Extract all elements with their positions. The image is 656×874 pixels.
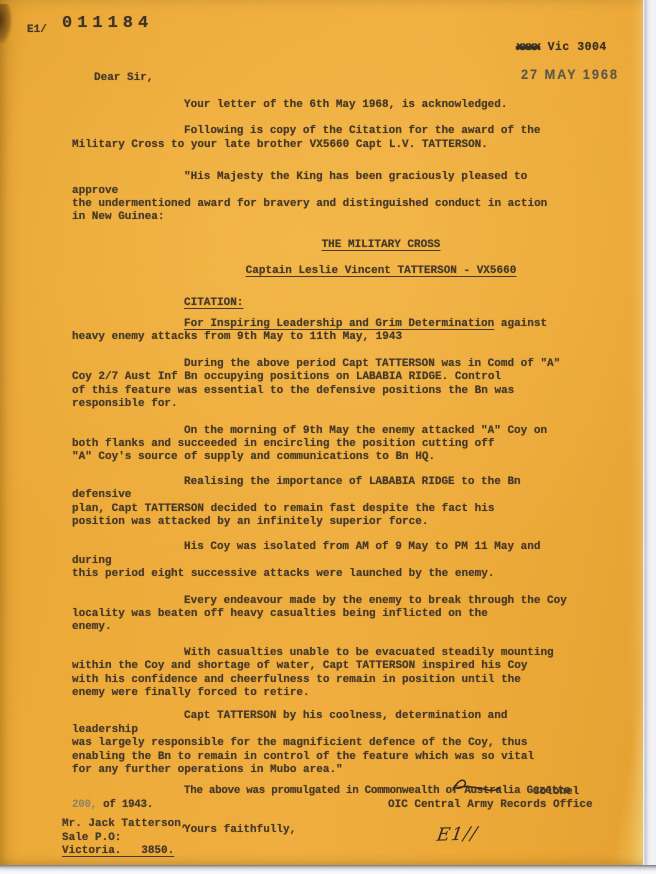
letter-paragraph: Following is copy of the Citation for th… <box>72 125 578 152</box>
citation-lead-underlined: For Inspiring Leadership and Grim Determ… <box>184 318 494 330</box>
recipient-name: Mr. Jack Tatterson, <box>62 818 187 832</box>
mail-stamp: xxxxVic 3004 <box>516 41 607 54</box>
citation-heading: THE MILITARY CROSS <box>72 239 578 252</box>
gazette-prefix: The above was promulgated in Commonwealt… <box>184 785 570 797</box>
citation-label-text: CITATION: <box>184 297 243 309</box>
gazette-suffix: of 1943. <box>97 799 153 811</box>
signature-squiggle-icon <box>450 776 502 796</box>
recipient-address-line: Victoria. 3850. <box>62 845 187 859</box>
recipient-address-block: Mr. Jack Tatterson, Sale P.O: Victoria. … <box>62 818 187 859</box>
date-stamp: 27 MAY 1968 <box>521 67 619 82</box>
ink-smudge <box>0 4 12 44</box>
citation-paragraph: With casualties unable to be evacuated s… <box>72 647 578 701</box>
file-ref-stamp: E1/ <box>27 24 47 37</box>
handwritten-ref: E1// <box>435 823 479 845</box>
signatory-rank: Colonel <box>533 786 579 799</box>
citation-paragraph: His Coy was isolated from AM of 9 May to… <box>72 541 578 581</box>
salutation: Dear Sir, <box>94 72 153 85</box>
mail-stamp-text: Vic 3004 <box>548 41 607 54</box>
citation-label: CITATION: <box>72 297 578 310</box>
crossed-out-text: xxxx <box>516 41 540 54</box>
signature-mark <box>450 776 502 801</box>
letter-paragraph: "His Majesty the King has been graciousl… <box>72 171 578 225</box>
citation-heading-text: THE MILITARY CROSS <box>322 239 441 251</box>
citation-lead-paragraph: For Inspiring Leadership and Grim Determ… <box>72 318 578 345</box>
scanned-letter-page: E1/ 011184 xxxxVic 3004 27 MAY 1968 Dear… <box>0 0 643 865</box>
letter-paragraph: Your letter of the 6th May 1968, is ackn… <box>72 99 578 112</box>
citation-paragraph: Every endeavour made by the enemy to bre… <box>72 595 578 635</box>
letter-body: Your letter of the 6th May 1968, is ackn… <box>72 99 578 850</box>
scan-edge-bottom <box>0 865 656 874</box>
signatory-office: OIC Central Army Records Office <box>388 799 593 812</box>
citation-paragraph: Realising the importance of LABABIA RIDG… <box>72 476 578 530</box>
citation-subheading: Captain Leslie Vincent TATTERSON - VX566… <box>72 265 578 278</box>
citation-paragraph: On the morning of 9th May the enemy atta… <box>72 425 578 465</box>
scan-edge-right <box>643 0 656 874</box>
citation-paragraph: During the above period Capt TATTERSON w… <box>72 358 578 412</box>
recipient-address-line: Sale P.O: <box>62 832 187 846</box>
gazette-number: 200, <box>72 799 97 811</box>
citation-paragraph: Capt TATTERSON by his coolness, determin… <box>72 710 578 777</box>
serial-number-stamp: 011184 <box>62 17 153 30</box>
citation-subheading-text: Captain Leslie Vincent TATTERSON - VX566… <box>246 265 517 277</box>
